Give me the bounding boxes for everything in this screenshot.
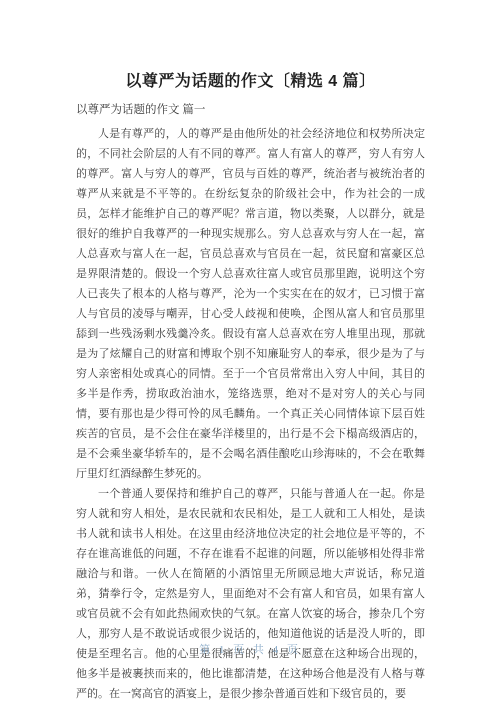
body-paragraph-1: 人是有尊严的，人的尊严是由他所处的社会经济地位和权势所决定的，不同社会阶层的人有… [76,124,425,484]
section-heading: 以尊严为话题的作文 篇一 [76,102,425,118]
document-page: 以尊严为话题的作文〔精选 4 篇〕 以尊严为话题的作文 篇一 人是有尊严的，人的… [0,0,500,707]
body-paragraph-2: 一个普通人要保持和维护自己的尊严，只能与普通人在一起。你是穷人就和穷人相处，是农… [76,484,425,704]
page-number-footer: 第 1 页 共 4 页 [0,643,500,657]
document-title: 以尊严为话题的作文〔精选 4 篇〕 [76,72,425,92]
